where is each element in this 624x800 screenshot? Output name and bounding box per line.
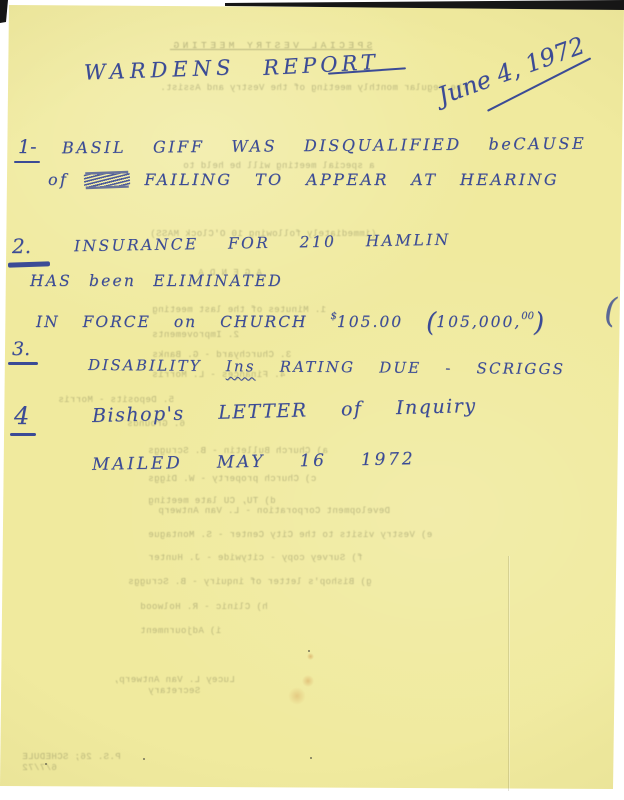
bleed-through-text: d) TU, CU late meeting bbox=[148, 496, 276, 506]
paren-open: ( bbox=[426, 308, 436, 338]
item2-line3-prefix: IN FORCE on CHURCH bbox=[36, 313, 308, 331]
dust-speck bbox=[143, 758, 145, 760]
bleed-through-text: h) Clinic - R. Holwood bbox=[140, 602, 268, 612]
item3-number: 3. bbox=[12, 338, 30, 360]
bleed-through-text: Secretary bbox=[148, 686, 200, 696]
large-stain bbox=[288, 687, 306, 705]
item2-line2: HAS been ELIMINATED bbox=[30, 272, 283, 290]
bleed-through-text: Development Corporation - L. Van Antwerp bbox=[158, 506, 390, 516]
bleed-through-text: f) Survey copy - citywide - J. Hunter bbox=[148, 553, 363, 563]
bleed-through-text: g) Bishop's letter of inquiry - B. Scrug… bbox=[128, 577, 372, 587]
item1-number-underline bbox=[14, 161, 40, 163]
item1-line2-rest: FAILING TO APPEAR AT HEARING bbox=[144, 170, 559, 189]
item3-number-underline bbox=[8, 362, 38, 365]
item3-word1: DISABILITY bbox=[88, 356, 202, 375]
paren-close: ) bbox=[534, 308, 544, 338]
bleed-through-text: c) Church property - W. Diggs bbox=[148, 474, 316, 484]
scribbled-out-word bbox=[84, 173, 130, 187]
paren-amount: 105,000, bbox=[436, 313, 521, 331]
bleed-through-text: e) Vestry visits to the City Center - S.… bbox=[148, 530, 432, 540]
bleed-through-text: The regular monthly meeting of the Vestr… bbox=[160, 83, 467, 93]
medium-stain bbox=[302, 675, 314, 687]
bleed-through-text: 6/7/72 bbox=[22, 763, 57, 773]
cents-superscript: 00 bbox=[521, 311, 534, 322]
dust-speck bbox=[45, 763, 47, 765]
scanned-document: SPECIAL VESTRY MEETING The regular month… bbox=[0, 0, 624, 800]
right-margin-paren-mark: ( bbox=[604, 291, 617, 331]
item1-number: 1- bbox=[18, 136, 37, 158]
bleed-through-text: SPECIAL VESTRY MEETING bbox=[170, 40, 372, 51]
paper-crease bbox=[508, 556, 509, 791]
item4-number: 4 bbox=[14, 402, 29, 430]
item1-line2-prefix: of bbox=[48, 170, 68, 189]
dust-speck bbox=[308, 650, 310, 652]
bleed-through-text: P.S. 26; SCHEDULE bbox=[22, 752, 121, 762]
item2-line3: IN FORCE on CHURCH $105.00 (105,000,00) bbox=[36, 308, 544, 338]
item2-number: 2. bbox=[12, 234, 31, 258]
item4-number-underline bbox=[10, 433, 36, 436]
insurance-amount: 105.00 bbox=[337, 313, 403, 331]
bleed-through-text: Lucey L. Van Antwerp, bbox=[113, 675, 235, 685]
item3-rest: RATING DUE - SCRIGGS bbox=[280, 358, 566, 378]
small-stain bbox=[307, 653, 314, 660]
left-corner-mark bbox=[0, 0, 8, 23]
bleed-through-text: i) Adjournment bbox=[140, 626, 221, 636]
item3-word2-underlined: Ins bbox=[226, 357, 256, 375]
item1-line2: ofFAILING TO APPEAR AT HEARING bbox=[48, 170, 559, 189]
dust-speck bbox=[310, 757, 312, 759]
